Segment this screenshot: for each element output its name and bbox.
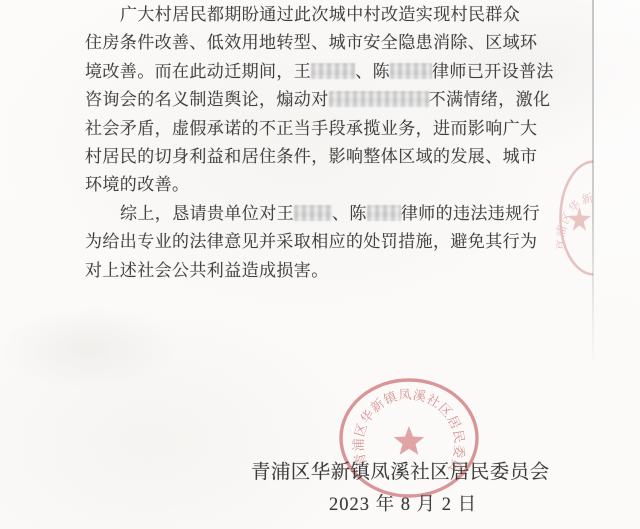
- text-line: 为给出专业的法律意见并采取相应的处罚措施，避免其行为: [85, 228, 518, 256]
- document-page: 青浦区华新镇凤溪社区居民委员会 广大村居民都期盼通过此次城中村改造实现村民群众住…: [0, 0, 640, 529]
- text-line: 环境的改善。: [85, 171, 518, 199]
- text-segment: 律师的违法违规行: [401, 204, 540, 223]
- text-line: 村居民的切身利益和居住条件，影响整体区域的发展、城市: [85, 143, 518, 171]
- text-segment: 咨询会的名义制造舆论，煽动对: [85, 90, 329, 109]
- redaction-blur: [390, 63, 432, 79]
- text-segment: 村居民的切身利益和居住条件，影响整体区域的发展、城市: [85, 147, 537, 166]
- page-edge-highlight: [594, 0, 640, 370]
- document-text: 广大村居民都期盼通过此次城中村改造实现村民群众住房条件改善、低效用地转型、城市安…: [85, 1, 518, 285]
- text-segment: 境改善。而在此动迁期间，王: [85, 62, 311, 81]
- text-line: 境改善。而在此动迁期间，王、陈律师已开设普法: [85, 58, 518, 86]
- committee-signature: 青浦区华新镇凤溪社区居民委员会: [251, 456, 551, 484]
- text-segment: 广大村居民都期盼通过此次城中村改造实现村民群众: [120, 5, 520, 24]
- text-segment: 社会矛盾，虚假承诺的不正当手段承揽业务，进而影响广大: [85, 119, 537, 138]
- text-segment: 为给出专业的法律意见并采取相应的处罚措施，避免其行为: [85, 232, 537, 251]
- text-segment: 综上，恳请贵单位对王: [120, 204, 294, 223]
- redaction-blur: [329, 91, 429, 107]
- signature-date: 2023 年 8 月 2 日: [329, 490, 529, 516]
- redaction-blur: [294, 205, 332, 221]
- text-line: 住房条件改善、低效用地转型、城市安全隐患消除、区域环: [85, 29, 518, 57]
- text-segment: 住房条件改善、低效用地转型、城市安全隐患消除、区域环: [85, 33, 537, 52]
- partial-seal-right: 青浦区华新镇凤溪社区居民委员会: [556, 157, 593, 281]
- text-segment: 律师已开设普法: [432, 62, 554, 81]
- redaction-blur: [311, 63, 355, 79]
- redaction-blur: [367, 205, 401, 221]
- text-segment: 、陈: [355, 62, 390, 81]
- text-line: 综上，恳请贵单位对王、陈律师的违法违规行: [85, 200, 518, 228]
- text-line: 广大村居民都期盼通过此次城中村改造实现村民群众: [85, 1, 518, 29]
- text-line: 社会矛盾，虚假承诺的不正当手段承揽业务，进而影响广大: [85, 115, 518, 143]
- text-segment: 对上述社会公共利益造成损害。: [85, 261, 329, 280]
- star-icon: [394, 426, 424, 455]
- text-segment: 、陈: [332, 204, 367, 223]
- text-line: 咨询会的名义制造舆论，煽动对不满情绪，激化: [85, 86, 518, 114]
- text-segment: 环境的改善。: [85, 175, 189, 194]
- text-line: 对上述社会公共利益造成损害。: [85, 257, 518, 285]
- text-segment: 不满情绪，激化: [429, 90, 551, 109]
